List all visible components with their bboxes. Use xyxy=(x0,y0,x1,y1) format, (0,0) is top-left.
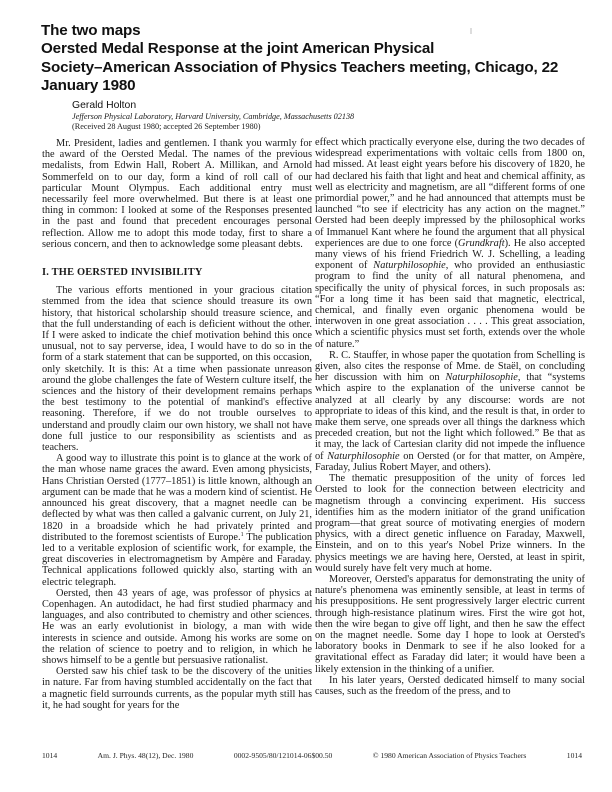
author-block: Gerald Holton Jefferson Physical Laborat… xyxy=(72,100,552,132)
journal-page: The two maps Oersted Medal Response at t… xyxy=(0,0,612,792)
author-name: Gerald Holton xyxy=(72,100,552,112)
page-number-left: 1014 xyxy=(42,751,57,760)
title-line: Oersted Medal Response at the joint Amer… xyxy=(41,40,581,58)
title-line: The two maps xyxy=(41,22,581,40)
title-line: Society–American Association of Physics … xyxy=(41,59,581,77)
body-paragraph: effect which practically everyone else, … xyxy=(315,137,585,350)
body-paragraph: Moreover, Oersted's apparatus for demons… xyxy=(315,574,585,675)
body-paragraph: The various efforts mentioned in your gr… xyxy=(42,285,312,453)
text-span: , that “systems which aspire to the expl… xyxy=(315,372,585,461)
intro-paragraph: Mr. President, ladies and gentlemen. I t… xyxy=(42,138,312,250)
text-span: A good way to illustrate this point is t… xyxy=(42,453,312,542)
journal-citation: Am. J. Phys. 48(12), Dec. 1980 xyxy=(98,751,194,760)
article-code: 0002-9505/80/121014-06$00.50 xyxy=(234,751,333,760)
page-number-right: 1014 xyxy=(567,751,582,760)
italic-term: Naturphilosophie xyxy=(445,372,517,383)
author-affiliation: Jefferson Physical Laboratory, Harvard U… xyxy=(72,112,552,122)
left-column: Mr. President, ladies and gentlemen. I t… xyxy=(42,138,312,711)
article-title: The two maps Oersted Medal Response at t… xyxy=(41,22,581,96)
received-dates: (Received 28 August 1980; accepted 26 Se… xyxy=(72,122,552,132)
right-column: effect which practically everyone else, … xyxy=(315,137,585,697)
body-paragraph: The thematic presupposition of the unity… xyxy=(315,473,585,574)
title-line: January 1980 xyxy=(41,77,581,95)
body-paragraph: Oersted, then 43 years of age, was profe… xyxy=(42,588,312,666)
page-footer: 1014 Am. J. Phys. 48(12), Dec. 1980 0002… xyxy=(42,751,582,760)
body-paragraph: Oersted saw his chief task to be the dis… xyxy=(42,666,312,711)
copyright-notice: © 1980 American Association of Physics T… xyxy=(373,751,527,760)
text-span: , who provided an enthusiastic program t… xyxy=(315,260,585,349)
body-paragraph: R. C. Stauffer, in whose paper the quota… xyxy=(315,350,585,473)
section-heading: I. THE OERSTED INVISIBILITY xyxy=(42,267,312,278)
body-paragraph: In his later years, Oersted dedicated hi… xyxy=(315,675,585,697)
italic-term: Naturphilosophie xyxy=(327,451,399,462)
body-paragraph: A good way to illustrate this point is t… xyxy=(42,453,312,587)
text-span: effect which practically everyone else, … xyxy=(315,137,585,249)
italic-term: Naturphilosophie xyxy=(373,260,445,271)
italic-term: Grundkraft xyxy=(458,238,505,249)
